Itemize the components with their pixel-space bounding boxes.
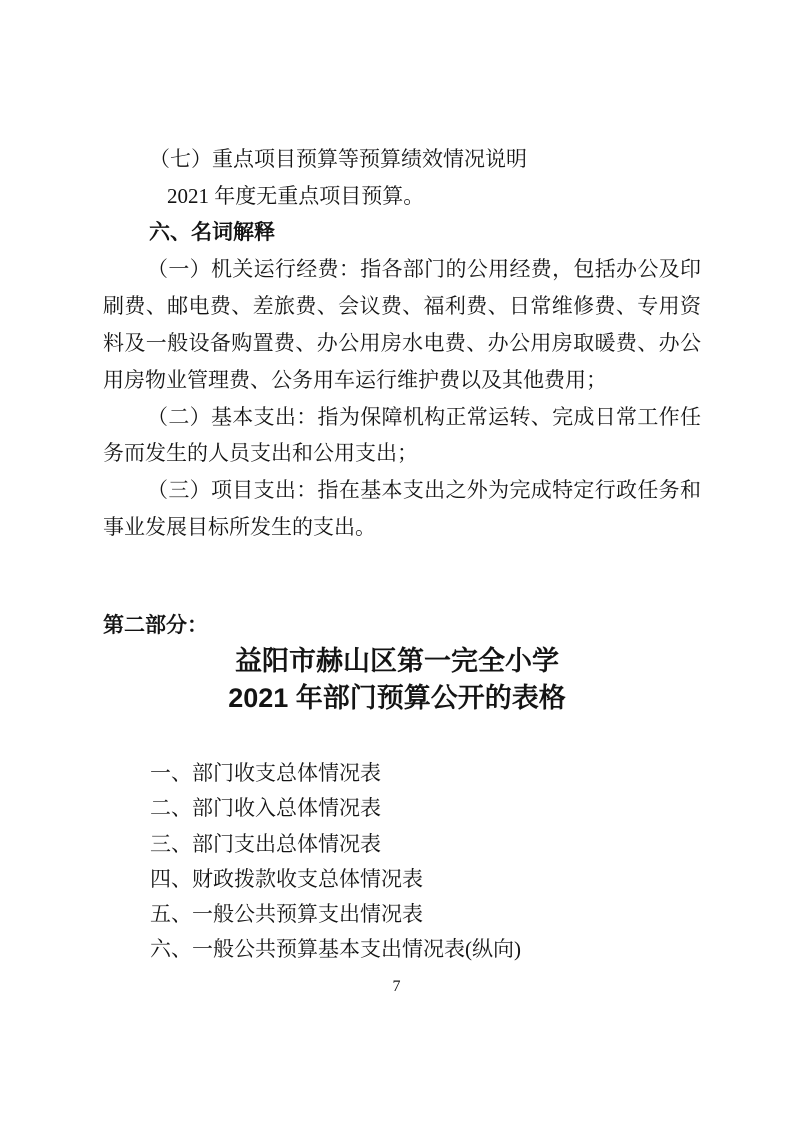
list-item-4: 四、财政拨款收支总体情况表 (150, 862, 521, 897)
glossary-heading: 六、名词解释 (103, 215, 701, 252)
page-number: 7 (0, 977, 793, 997)
document-title: 益阳市赫山区第一完全小学 2021 年部门预算公开的表格 (97, 643, 697, 717)
list-item-5: 五、一般公共预算支出情况表 (150, 897, 521, 932)
document-title-line2: 2021 年部门预算公开的表格 (97, 680, 697, 717)
list-item-1: 一、部门收支总体情况表 (150, 756, 521, 791)
part2-label: 第二部分： (103, 612, 208, 640)
list-item-3: 三、部门支出总体情况表 (150, 827, 521, 862)
table-list: 一、部门收支总体情况表 二、部门收入总体情况表 三、部门支出总体情况表 四、财政… (150, 756, 521, 968)
definition-paragraph-3: （三）项目支出：指在基本支出之外为完成特定行政任务和事业发展目标所发生的支出。 (103, 472, 701, 546)
list-item-6: 六、一般公共预算基本支出情况表(纵向) (150, 932, 521, 967)
definition-paragraph-2: （二）基本支出：指为保障机构正常运转、完成日常工作任务而发生的人员支出和公用支出… (103, 399, 701, 473)
glossary-section: （七）重点项目预算等预算绩效情况说明 2021 年度无重点项目预算。 六、名词解… (103, 141, 701, 546)
definition-paragraph-1: （一）机关运行经费：指各部门的公用经费，包括办公及印刷费、邮电费、差旅费、会议费… (103, 251, 701, 398)
item7-heading: （七）重点项目预算等预算绩效情况说明 (103, 141, 701, 178)
list-item-2: 二、部门收入总体情况表 (150, 791, 521, 826)
document-page: （七）重点项目预算等预算绩效情况说明 2021 年度无重点项目预算。 六、名词解… (0, 0, 793, 1122)
document-title-line1: 益阳市赫山区第一完全小学 (97, 643, 697, 680)
item7-body: 2021 年度无重点项目预算。 (103, 178, 701, 215)
